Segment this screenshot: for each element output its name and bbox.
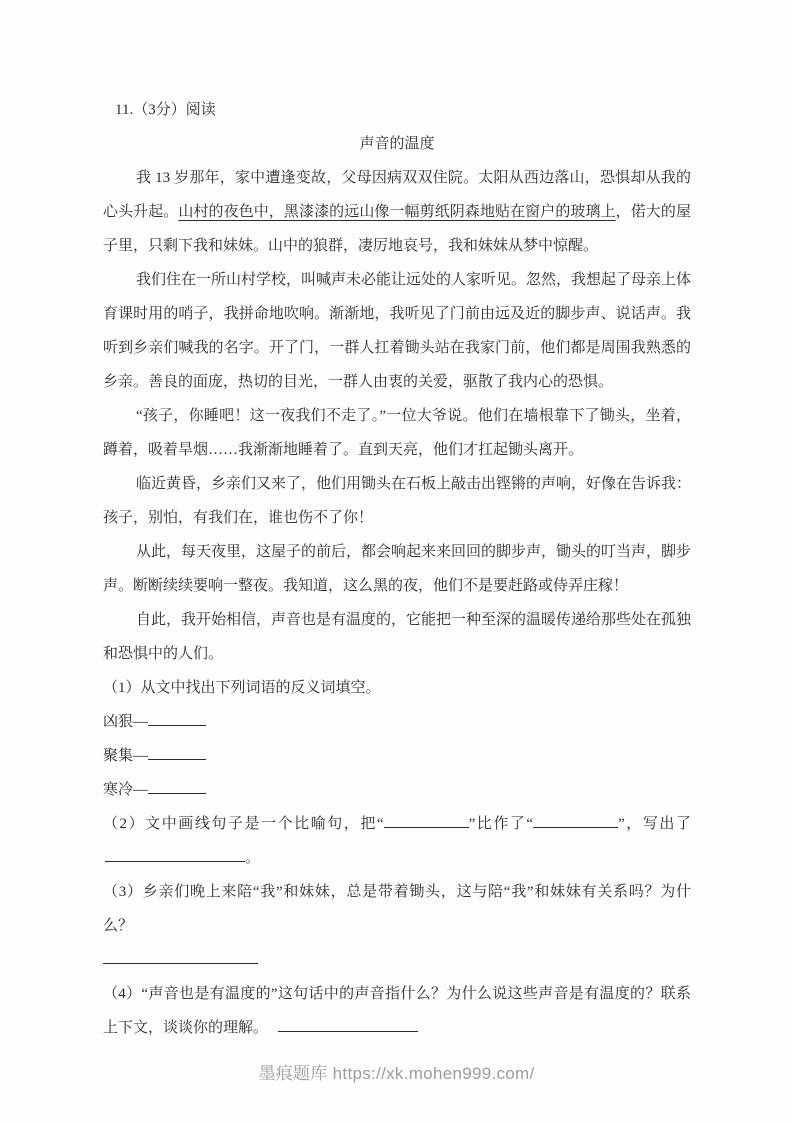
subquestion-2: （2）文中画线句子是一个比喻句，把“”比作了“”，写出了。: [103, 807, 691, 875]
footer-watermark-text: 墨痕题库 https://xk.mohen999.com/: [258, 1064, 534, 1083]
footer-watermark: 墨痕题库 https://xk.mohen999.com/: [0, 1059, 793, 1084]
question-number: 11.（3分）阅读: [103, 93, 691, 127]
antonym-item-1: 凶狠—: [103, 705, 691, 739]
subquestion-2-text: 。: [245, 850, 260, 866]
underlined-simile-sentence: 山村的夜色中，黑漆漆的远山像一幅剪纸阴森地贴在窗户的玻璃上: [178, 204, 615, 220]
passage-title: 声音的温度: [103, 127, 691, 161]
antonym-word-label: 凶狠—: [103, 714, 148, 730]
exam-page: 11.（3分）阅读 声音的温度 我 13 岁那年，家中遭逢变故，父母因病双双住院…: [0, 0, 793, 1122]
answer-blank: [105, 846, 245, 862]
answer-blank: [533, 812, 618, 828]
passage-paragraph-3: “孩子，你睡吧！这一夜我们不走了。”一位大爷说。他们在墙根靠下了锄头，坐着，蹲着…: [103, 399, 691, 467]
subquestion-2-text: ”，写出了: [618, 816, 691, 832]
antonym-word-label: 寒冷—: [103, 782, 148, 798]
antonym-item-3: 寒冷—: [103, 773, 691, 807]
answer-blank: [103, 948, 258, 964]
subquestion-4: （4）“声音也是有温度的”这句话中的声音指什么？为什么说这些声音是有温度的？联系…: [103, 977, 691, 1045]
passage-paragraph-4: 临近黄昏，乡亲们又来了，他们用锄头在石板上敲击出铿锵的声响，好像在告诉我：孩子，…: [103, 467, 691, 535]
passage-paragraph-2: 我们住在一所山村学校，叫喊声未必能让远处的人家听见。忽然，我想起了母亲上体育课时…: [103, 263, 691, 399]
page-content: 11.（3分）阅读 声音的温度 我 13 岁那年，家中遭逢变故，父母因病双双住院…: [103, 93, 691, 1045]
passage-paragraph-1: 我 13 岁那年，家中遭逢变故，父母因病双双住院。太阳从西边落山，恐惧却从我的心…: [103, 161, 691, 263]
subquestion-1-prompt: （1）从文中找出下列词语的反义词填空。: [103, 671, 691, 705]
passage-paragraph-5: 从此，每天夜里，这屋子的前后，都会响起来来回回的脚步声，锄头的叮当声，脚步声。断…: [103, 535, 691, 603]
passage-paragraph-6: 自此，我开始相信，声音也是有温度的，它能把一种至深的温暖传递给那些处在孤独和恐惧…: [103, 603, 691, 671]
answer-blank: [278, 1016, 418, 1032]
subquestion-3-answer-line: [103, 943, 691, 977]
answer-blank: [148, 744, 206, 760]
answer-blank: [384, 812, 469, 828]
answer-blank: [148, 778, 206, 794]
subquestion-2-text: ”比作了“: [469, 816, 534, 832]
antonym-item-2: 聚集—: [103, 739, 691, 773]
subquestion-3: （3）乡亲们晚上来陪“我”和妹妹，总是带着锄头，这与陪“我”和妹妹有关系吗？为什…: [103, 875, 691, 943]
answer-blank: [148, 710, 206, 726]
antonym-word-label: 聚集—: [103, 748, 148, 764]
subquestion-2-text: （2）文中画线句子是一个比喻句，把“: [103, 816, 384, 832]
